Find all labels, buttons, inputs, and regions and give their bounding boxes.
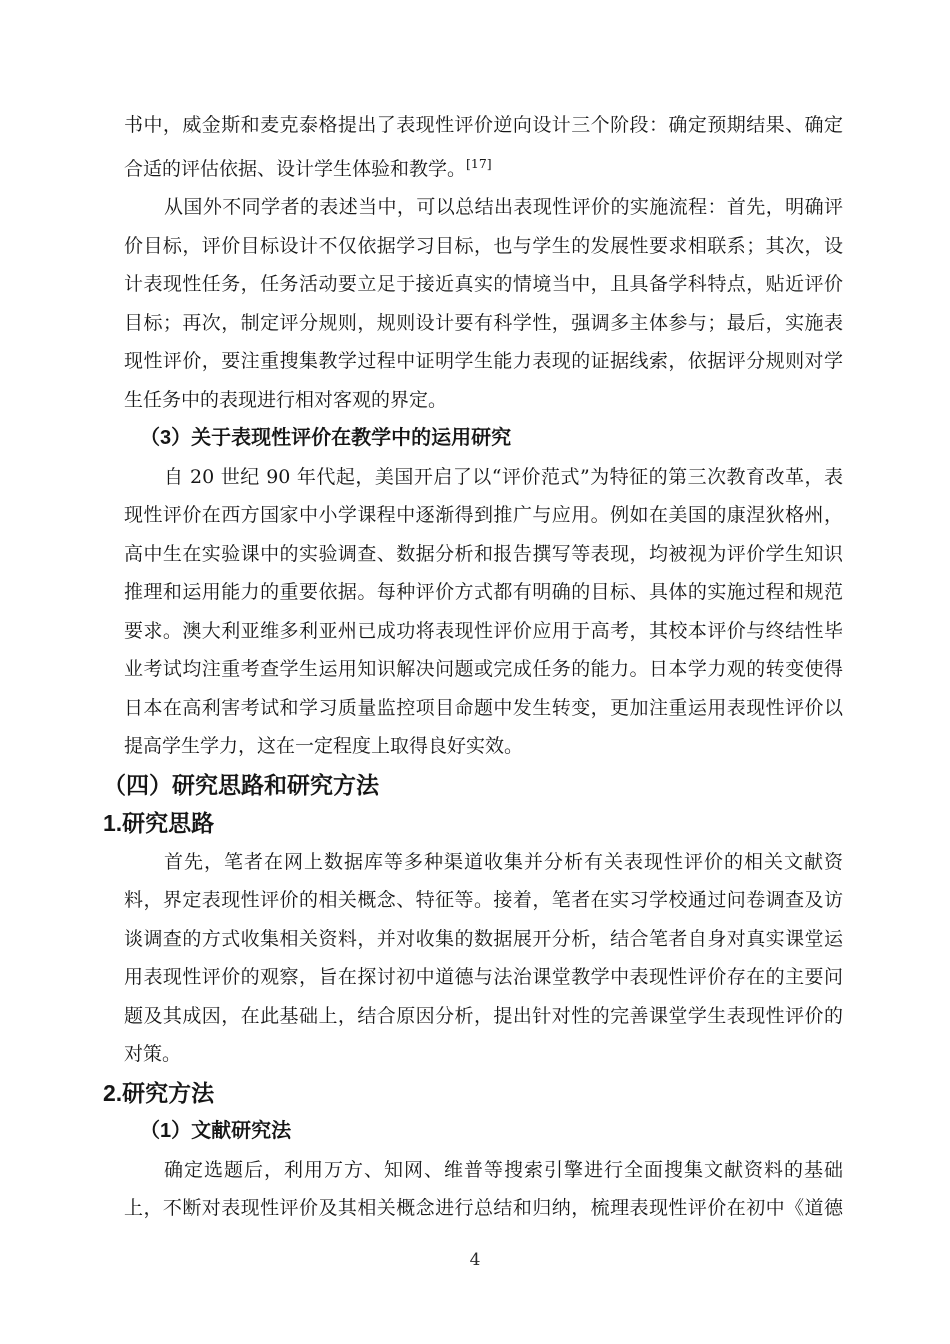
paragraph-block: 确定选题后，利用万方、知网、维普等搜索引擎进行全面搜集文献资料的基础上，不断对表… [103, 1151, 843, 1228]
heading-text: （1）文献研究法 [124, 1112, 843, 1151]
document-page: 书中，威金斯和麦克泰格提出了表现性评价逆向设计三个阶段：确定预期结果、确定合适的… [0, 0, 950, 1344]
text-line: 生任务中的表现进行相对客观的界定。 [124, 381, 843, 420]
document-content: 书中，威金斯和麦克泰格提出了表现性评价逆向设计三个阶段：确定预期结果、确定合适的… [103, 106, 843, 1228]
paragraph-block: 自 20 世纪 90 年代起，美国开启了以“评价范式”为特征的第三次教育改革，表… [103, 458, 843, 766]
text-line: 业考试均注重考查学生运用知识解决问题或完成任务的能力。日本学力观的转变使得 [124, 650, 843, 689]
text-line: 提高学生学力，这在一定程度上取得良好实效。 [124, 727, 843, 766]
heading-2-block: 2.研究方法 [103, 1074, 843, 1113]
text-line: 计表现性任务，任务活动要立足于接近真实的情境当中，且具备学科特点，贴近评价 [124, 265, 843, 304]
heading-text: 2.研究方法 [103, 1074, 843, 1113]
text-line: 首先，笔者在网上数据库等多种渠道收集并分析有关表现性评价的相关文献资 [124, 843, 843, 882]
heading-2-block: 1.研究思路 [103, 804, 843, 843]
text-line: 谈调查的方式收集相关资料，并对收集的数据展开分析，结合笔者自身对真实课堂运 [124, 920, 843, 959]
text-line: 用表现性评价的观察，旨在探讨初中道德与法治课堂教学中表现性评价存在的主要问 [124, 958, 843, 997]
paragraph-block: 书中，威金斯和麦克泰格提出了表现性评价逆向设计三个阶段：确定预期结果、确定合适的… [103, 106, 843, 188]
heading-1-block: （四）研究思路和研究方法 [103, 766, 843, 805]
text-line: 要求。澳大利亚维多利亚州已成功将表现性评价应用于高考，其校本评价与终结性毕 [124, 612, 843, 651]
text-line: 日本在高利害考试和学习质量监控项目命题中发生转变，更加注重运用表现性评价以 [124, 689, 843, 728]
paragraph-block: 首先，笔者在网上数据库等多种渠道收集并分析有关表现性评价的相关文献资料，界定表现… [103, 843, 843, 1074]
heading-text: 1.研究思路 [103, 804, 843, 843]
text-line: 高中生在实验课中的实验调查、数据分析和报告撰写等表现，均被视为评价学生知识 [124, 535, 843, 574]
heading-text: （3）关于表现性评价在教学中的运用研究 [124, 419, 843, 458]
text-line: 推理和运用能力的重要依据。每种评价方式都有明确的目标、具体的实施过程和规范 [124, 573, 843, 612]
text-line: 价目标，评价目标设计不仅依据学习目标，也与学生的发展性要求相联系；其次，设 [124, 227, 843, 266]
text-line: 对策。 [124, 1035, 843, 1074]
heading-3-block: （3）关于表现性评价在教学中的运用研究 [103, 419, 843, 458]
heading-3-block: （1）文献研究法 [103, 1112, 843, 1151]
page-number: 4 [0, 1250, 950, 1270]
text-line: 合适的评估依据、设计学生体验和教学。[17] [124, 145, 843, 189]
text-line: 确定选题后，利用万方、知网、维普等搜索引擎进行全面搜集文献资料的基础 [124, 1151, 843, 1190]
text-line: 题及其成因，在此基础上，结合原因分析，提出针对性的完善课堂学生表现性评价的 [124, 997, 843, 1036]
text-line: 上，不断对表现性评价及其相关概念进行总结和归纳，梳理表现性评价在初中《道德 [124, 1189, 843, 1228]
text-line: 自 20 世纪 90 年代起，美国开启了以“评价范式”为特征的第三次教育改革，表 [124, 458, 843, 497]
text-line: 书中，威金斯和麦克泰格提出了表现性评价逆向设计三个阶段：确定预期结果、确定 [124, 106, 843, 145]
text-line: 现性评价，要注重搜集教学过程中证明学生能力表现的证据线索，依据评分规则对学 [124, 342, 843, 381]
text-line: 从国外不同学者的表述当中，可以总结出表现性评价的实施流程：首先，明确评 [124, 188, 843, 227]
text-line: 料，界定表现性评价的相关概念、特征等。接着，笔者在实习学校通过问卷调查及访 [124, 881, 843, 920]
text-line: 目标；再次，制定评分规则，规则设计要有科学性，强调多主体参与；最后，实施表 [124, 304, 843, 343]
text-line: 现性评价在西方国家中小学课程中逐渐得到推广与应用。例如在美国的康涅狄格州， [124, 496, 843, 535]
footnote-ref: [17] [466, 156, 492, 171]
heading-text: （四）研究思路和研究方法 [103, 766, 843, 805]
paragraph-block: 从国外不同学者的表述当中，可以总结出表现性评价的实施流程：首先，明确评价目标，评… [103, 188, 843, 419]
